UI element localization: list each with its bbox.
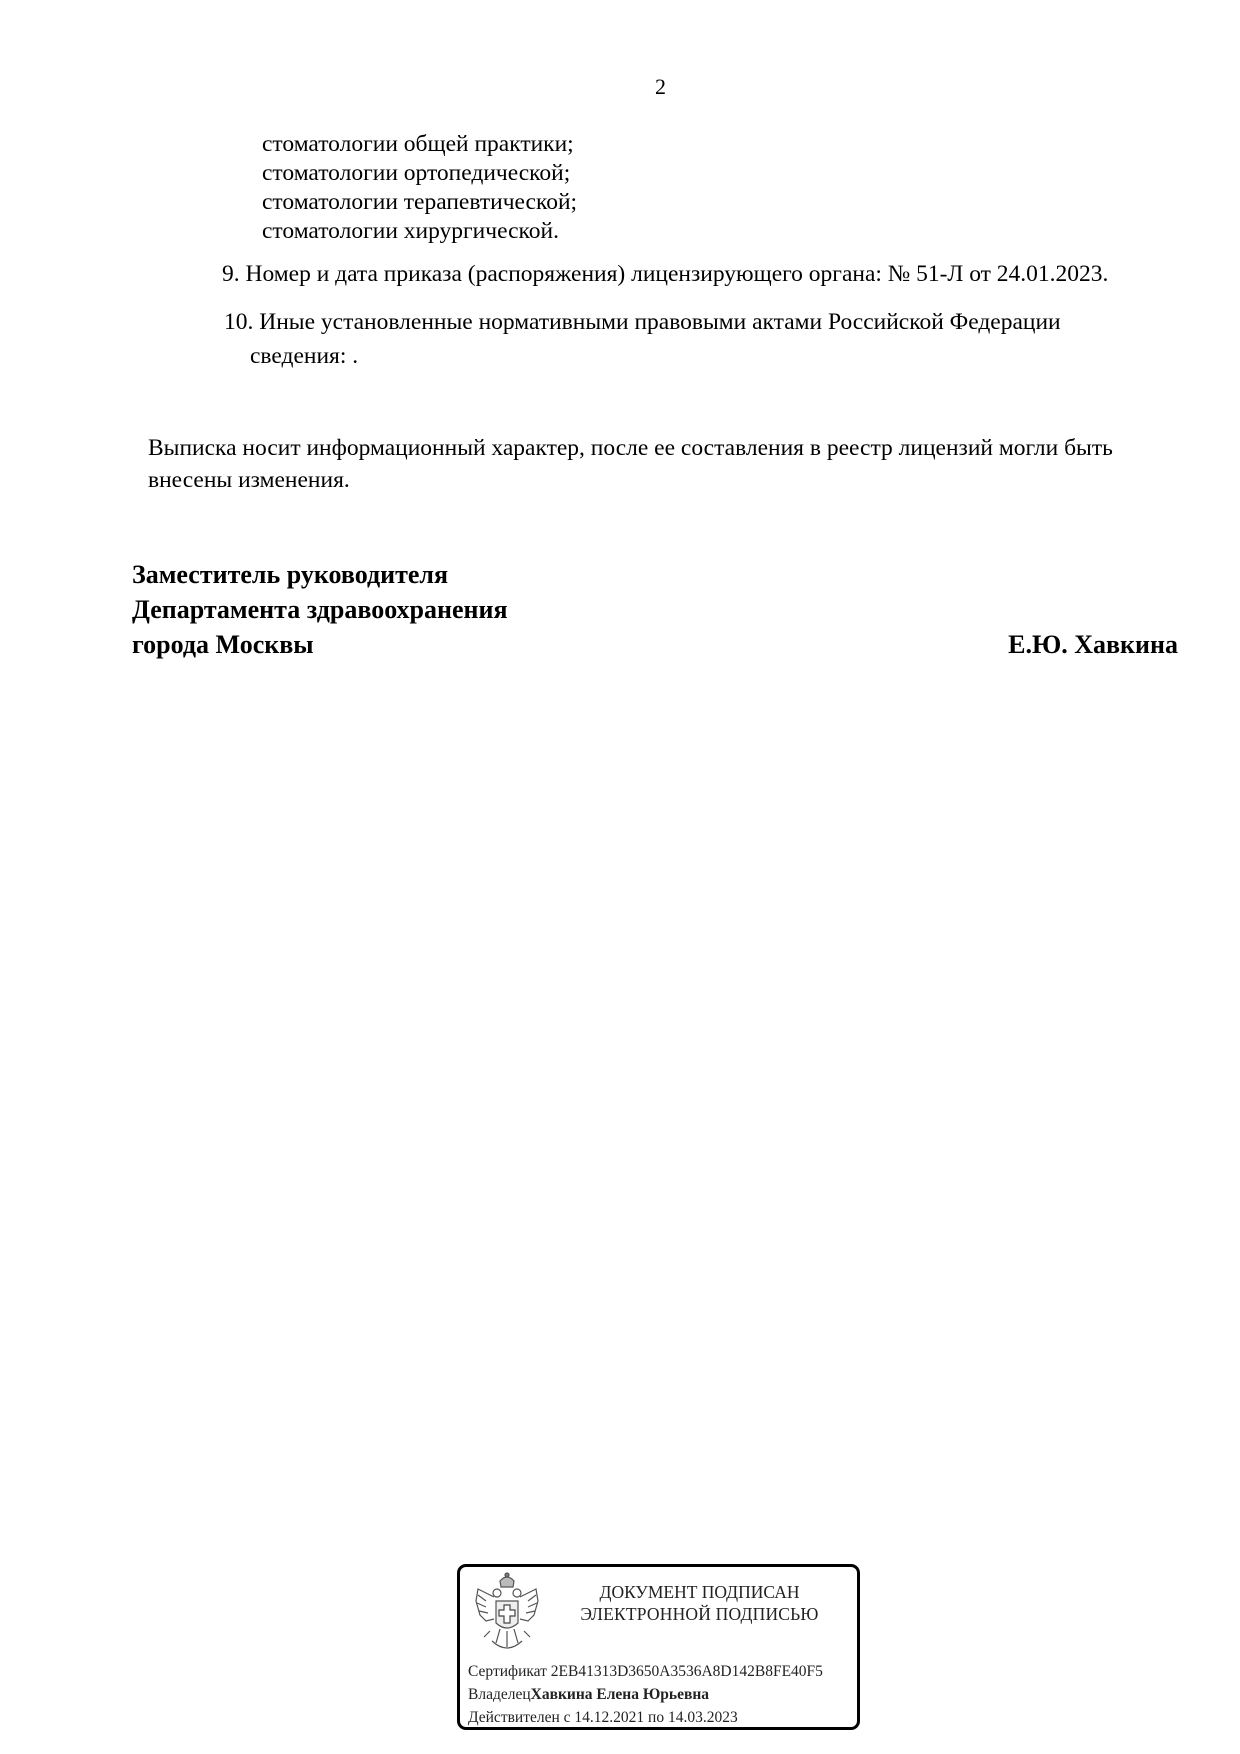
valid-to: 14.03.2023: [668, 1709, 738, 1726]
owner-value: Хавкина Елена Юрьевна: [531, 1686, 709, 1703]
signatory-title-line: Заместитель руководителя: [132, 557, 508, 592]
valid-from: 14.12.2021: [574, 1709, 644, 1726]
signatory-title-line: Департамента здравоохранения: [132, 592, 508, 627]
page-number: 2: [655, 74, 666, 100]
valid-to-label: по: [648, 1709, 664, 1726]
owner-label: Владелец: [468, 1686, 531, 1703]
specialty-list: стоматологии общей практики; стоматологи…: [262, 130, 577, 246]
specialty-item: стоматологии хирургической.: [262, 217, 577, 246]
specialty-item: стоматологии терапевтической;: [262, 188, 577, 217]
certificate-label: Сертификат: [468, 1663, 547, 1680]
item-9-order-number: 9. Номер и дата приказа (распоряжения) л…: [222, 260, 1108, 289]
signatory-title: Заместитель руководителя Департамента зд…: [132, 557, 508, 662]
specialty-item: стоматологии общей практики;: [262, 130, 577, 159]
certificate-line: Сертификат 2EB41313D3650A3536A8D142B8FE4…: [468, 1661, 823, 1683]
specialty-item: стоматологии ортопедической;: [262, 159, 577, 188]
item-10-other-info: 10. Иные установленные нормативными прав…: [224, 308, 1061, 337]
certificate-value: 2EB41313D3650A3536A8D142B8FE40F5: [551, 1663, 823, 1680]
disclaimer-note-cont: внесены изменения.: [148, 466, 350, 495]
disclaimer-note: Выписка носит информационный характер, п…: [148, 434, 1113, 463]
signatory-title-line: города Москвы: [132, 627, 508, 662]
coat-of-arms-icon: [472, 1571, 542, 1657]
stamp-heading: ДОКУМЕНТ ПОДПИСАН: [550, 1581, 849, 1603]
validity-line: Действителен с 14.12.2021 по 14.03.2023: [468, 1707, 738, 1729]
stamp-heading-2: ЭЛЕКТРОННОЙ ПОДПИСЬЮ: [550, 1603, 849, 1625]
owner-line: ВладелецХавкина Елена Юрьевна: [468, 1684, 709, 1706]
valid-label: Действителен с: [468, 1709, 571, 1726]
signatory-name: Е.Ю. Хавкина: [1008, 627, 1178, 662]
electronic-signature-stamp: ДОКУМЕНТ ПОДПИСАН ЭЛЕКТРОННОЙ ПОДПИСЬЮ С…: [457, 1564, 860, 1730]
item-10-other-info-cont: сведения: .: [250, 342, 358, 371]
